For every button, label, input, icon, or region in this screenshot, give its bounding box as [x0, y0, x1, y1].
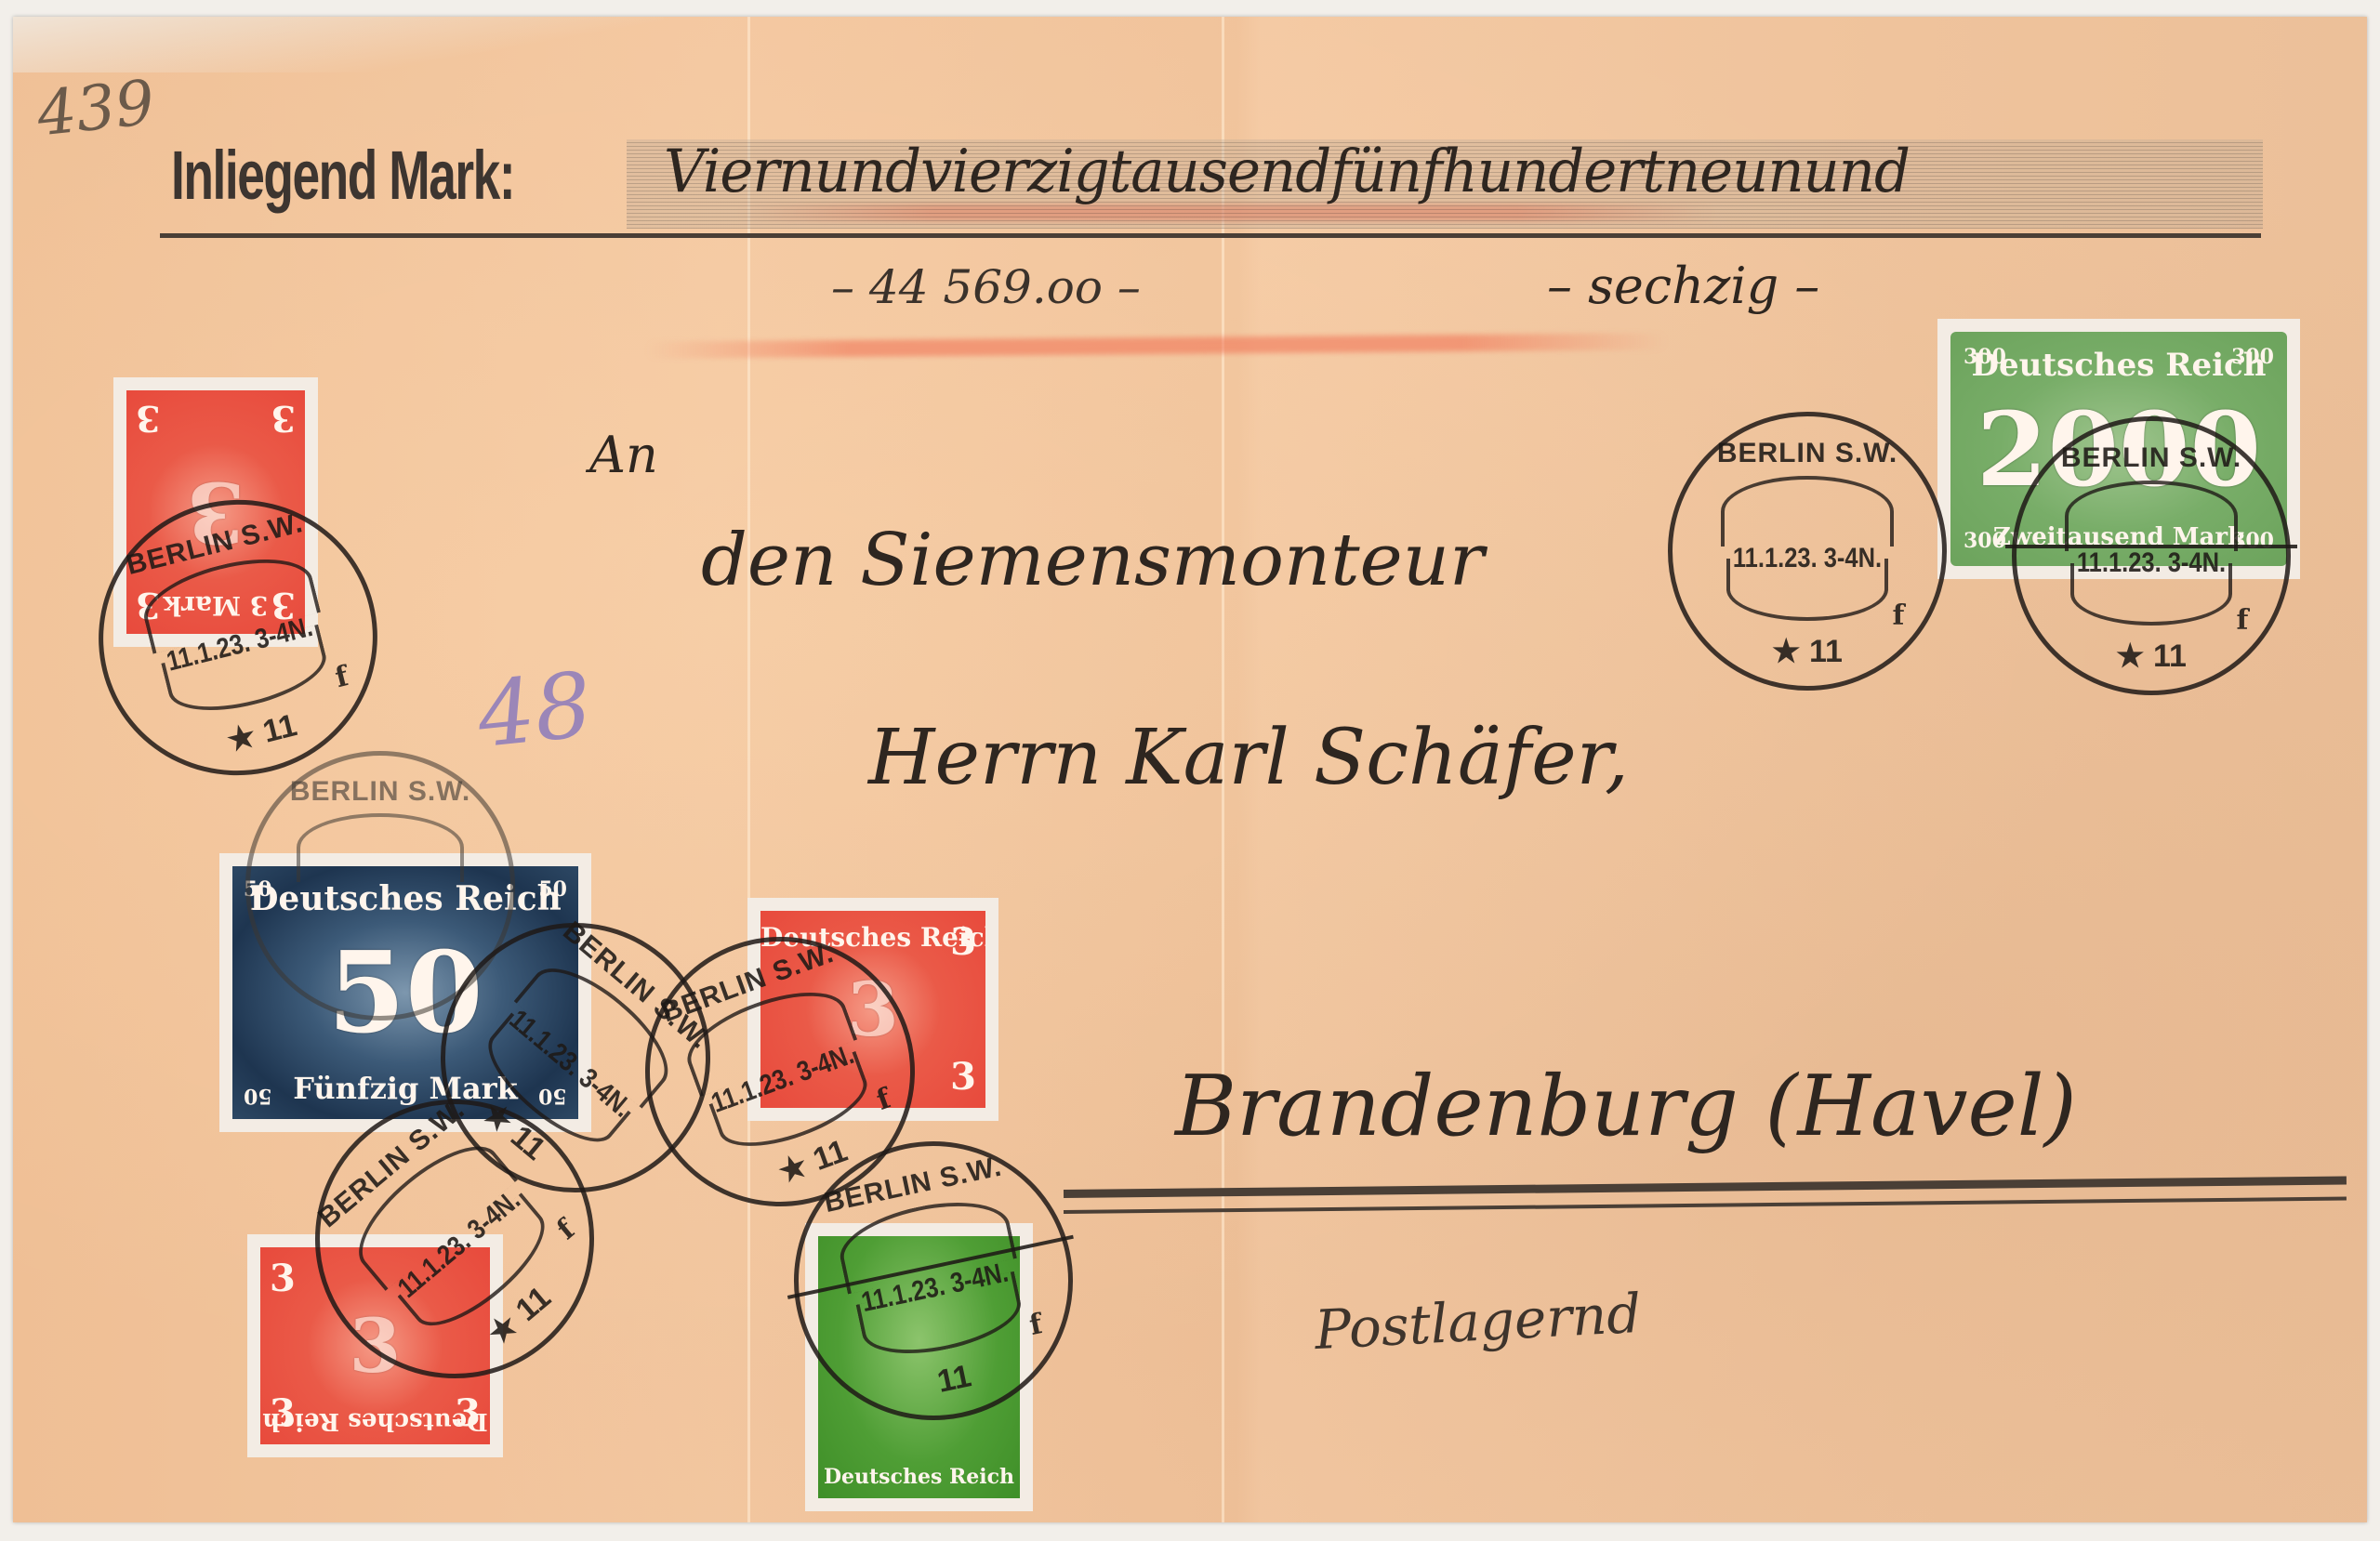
header-rule	[160, 233, 2261, 238]
corner-number: 439	[33, 67, 157, 151]
amount-in-figures: – 44 569.oo –	[831, 260, 1141, 314]
address-underline	[1064, 1177, 2347, 1198]
address-line-2: Herrn Karl Schäfer,	[868, 714, 1629, 802]
fold-crease	[747, 17, 750, 1522]
amount-in-words: Viernundvierzigtausendfünfhundertneunund	[664, 138, 1910, 206]
postlagernd-note: Postlagernd	[1313, 1282, 1643, 1362]
torn-top-edge	[13, 17, 664, 72]
amount-in-words-continuation: – sechzig –	[1547, 257, 1819, 315]
postmark: BERLIN S.W. 11.1.23. 3-4N. f ★ 11	[2012, 416, 2291, 695]
address-an: An	[589, 426, 658, 484]
postmark: BERLIN S.W. 11.1.23. 3-4N. f ★ 11	[1668, 412, 1947, 691]
red-crayon-mark	[645, 333, 1668, 359]
violet-number: 48	[472, 652, 596, 768]
printed-label: Inliegend Mark:	[171, 136, 514, 215]
address-underline-thin	[1064, 1197, 2347, 1214]
address-line-1: den Siemensmonteur	[701, 519, 1484, 602]
envelope: 439 Inliegend Mark: Viernundvierzigtause…	[13, 17, 2367, 1522]
address-line-3: Brandenburg (Havel)	[1175, 1058, 2077, 1155]
